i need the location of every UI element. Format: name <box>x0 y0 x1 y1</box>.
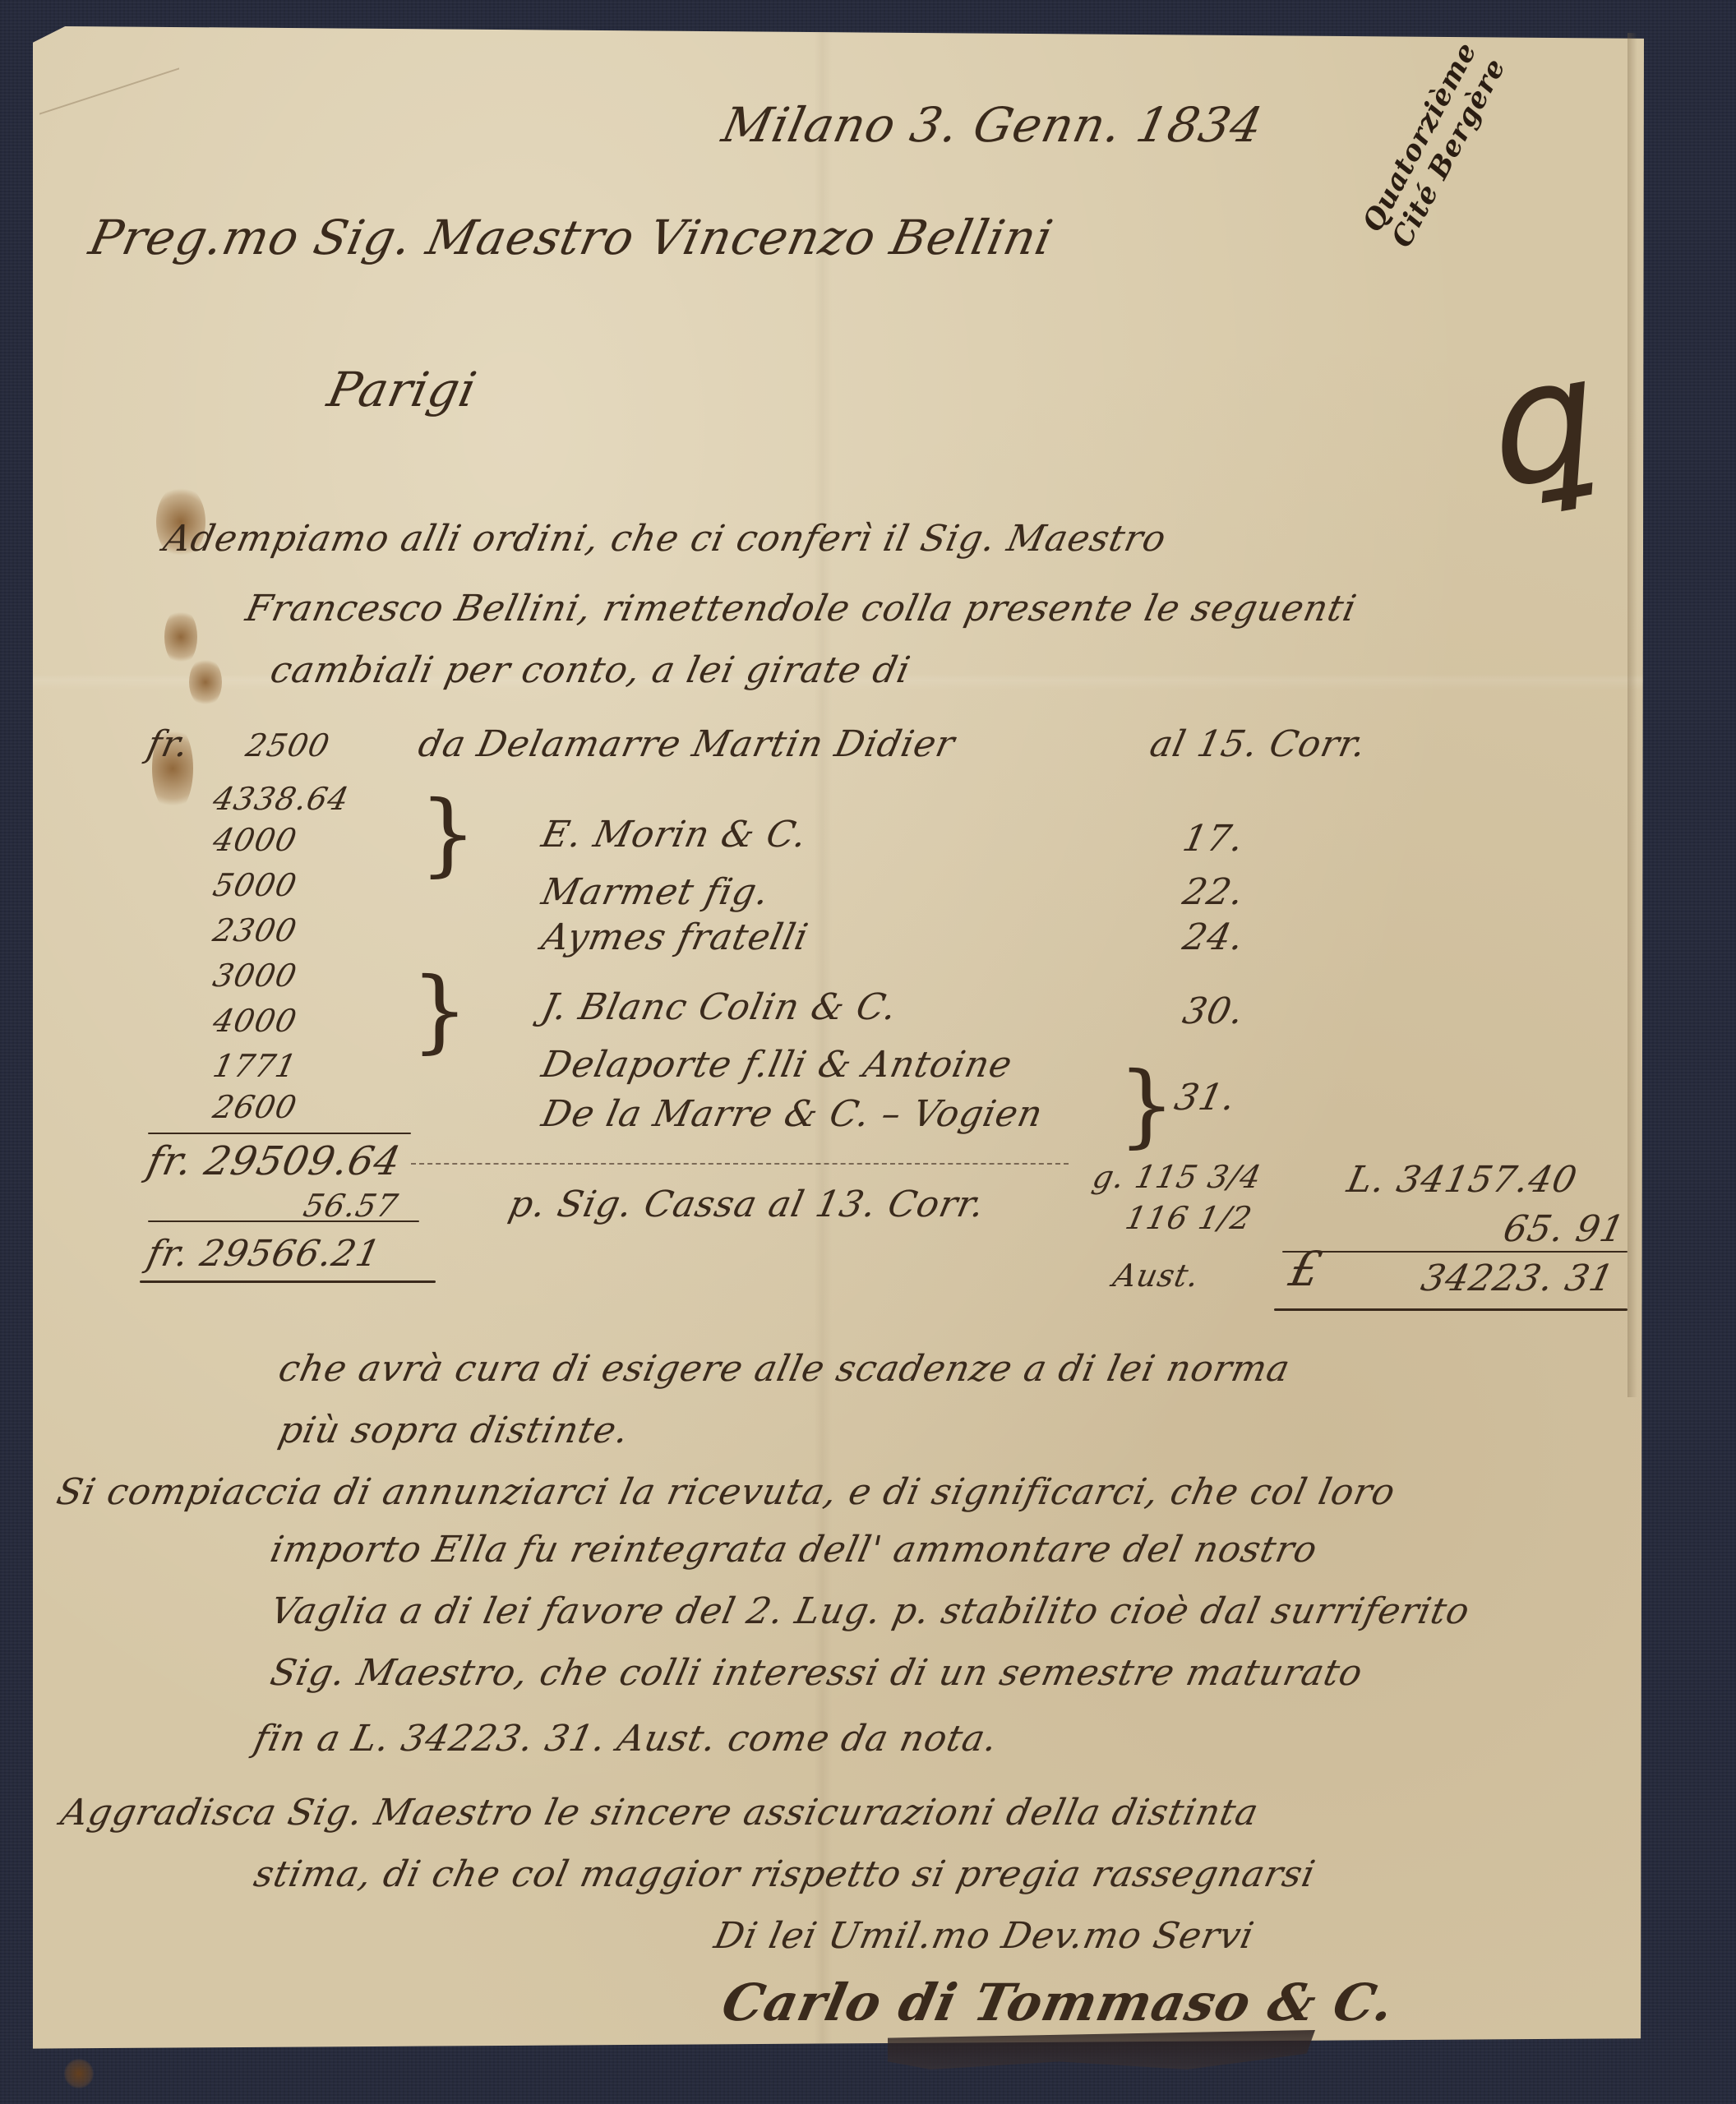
bill-drawer: Aymes fratelli <box>538 916 813 958</box>
intro-line-2: Francesco Bellini, rimettendole colla pr… <box>242 588 1360 630</box>
subtotal-rule <box>148 1133 411 1134</box>
bill-amount: 2300 <box>210 912 300 948</box>
signature: Carlo di Tommaso & C. <box>717 1972 1400 2032</box>
bill-due: 22. <box>1180 871 1249 913</box>
paper-edge-fold <box>1627 33 1637 1397</box>
bracket: } <box>419 781 477 886</box>
total-underline <box>140 1280 436 1283</box>
bill-drawer: Delaporte f.lli & Antoine <box>538 1044 1017 1086</box>
bill-drawer: Marmet fig. <box>538 871 773 913</box>
place-date: Milano 3. Genn. 1834 <box>718 97 1268 153</box>
total: fr. 29566.21 <box>144 1233 385 1275</box>
closing-line-7: fin a L. 34223. 31. Aust. come da nota. <box>251 1718 1002 1760</box>
lire-adjust: 65. 91 <box>1500 1208 1629 1250</box>
lire-total: 34223. 31 <box>1418 1257 1618 1299</box>
bill-amount: 5000 <box>210 867 300 903</box>
closing-line-8: Aggradisca Sig. Maestro le sincere assic… <box>58 1792 1263 1834</box>
closing-line-9: stima, di che col maggior rispetto si pr… <box>251 1853 1319 1895</box>
bill-due: al 15. Corr. <box>1147 723 1370 765</box>
closing-line-1: che avrà cura di esigere alle scadenze a… <box>275 1348 1295 1390</box>
ink-stain <box>64 2059 94 2088</box>
destination: Parigi <box>323 362 482 418</box>
rate-2: 116 1/2 <box>1122 1200 1255 1236</box>
closing-line-5: Vaglia a di lei favore del 2. Lug. p. st… <box>267 1590 1474 1632</box>
lire-label: Aust. <box>1110 1257 1203 1294</box>
dashed-leader <box>411 1163 1069 1165</box>
rate-1: g. 115 3/4 <box>1089 1159 1265 1195</box>
closing-line-3: Si compiaccia di annunziarci la ricevuta… <box>53 1471 1400 1513</box>
bill-drawer: J. Blanc Colin & C. <box>538 986 902 1028</box>
lire-rule <box>1282 1251 1627 1253</box>
ink-stain <box>164 608 197 666</box>
bill-amount: 3000 <box>210 957 300 994</box>
exchange-line: p. Sig. Cassa al 13. Corr. <box>506 1183 989 1225</box>
bill-amount: 4338.64 <box>210 781 352 817</box>
bracket: } <box>411 957 469 1063</box>
bill-drawer: De la Marre & C. – Vogien <box>538 1093 1047 1135</box>
adjustment: 56.57 <box>300 1188 401 1224</box>
intro-line-1: Adempiamo alli ordini, che ci conferì il… <box>160 518 1170 560</box>
subtotal: fr. 29509.64 <box>143 1138 405 1184</box>
bill-amount: 2600 <box>210 1089 300 1125</box>
bill-drawer: da Delamarre Martin Didier <box>415 723 959 765</box>
closing-line-2: più sopra distinte. <box>275 1410 634 1451</box>
closing-line-4: importo Ella fu reintegrata dell' ammont… <box>267 1529 1322 1571</box>
lire-amount: L. 34157.40 <box>1344 1159 1581 1201</box>
bill-amount: 2500 <box>242 727 333 764</box>
bracket: } <box>1118 1052 1175 1157</box>
intro-line-3: cambiali per conto, a lei girate di <box>267 649 915 691</box>
lire-underline <box>1274 1308 1627 1311</box>
closing-line-6: Sig. Maestro, che colli interessi di un … <box>267 1652 1367 1694</box>
bill-amount: 4000 <box>210 822 300 858</box>
bill-due: 30. <box>1180 990 1249 1032</box>
bill-amount: 1771 <box>210 1048 300 1084</box>
bill-due: 17. <box>1180 818 1249 860</box>
bill-due: 24. <box>1180 916 1249 958</box>
salutation: Preg.mo Sig. Maestro Vincenzo Bellini <box>85 210 1059 265</box>
bill-amount: 4000 <box>210 1003 300 1039</box>
ink-stain <box>189 657 222 707</box>
bill-drawer: E. Morin & C. <box>538 814 811 856</box>
valediction: Di lei Umil.mo Dev.mo Servi <box>711 1915 1258 1957</box>
bill-due: 31. <box>1171 1077 1240 1119</box>
total-rule <box>148 1220 419 1222</box>
